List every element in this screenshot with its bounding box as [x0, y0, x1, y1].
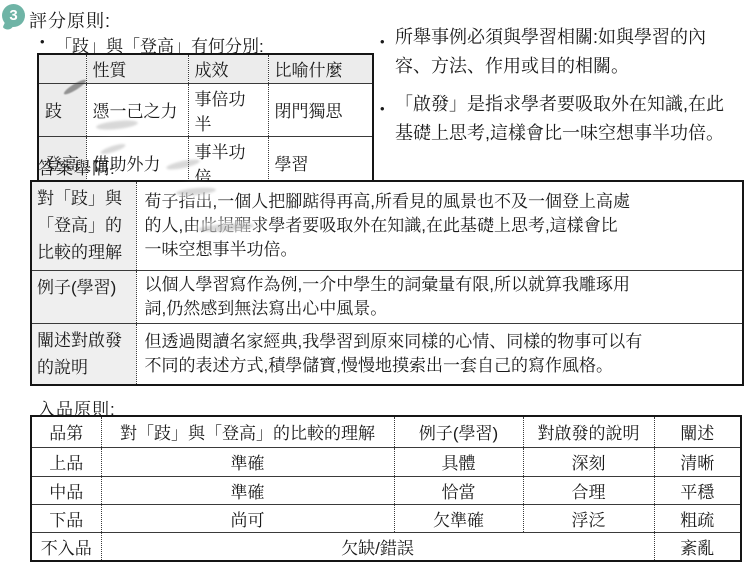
table-row: 下品 尚可 欠準確 浮泛 粗疏	[31, 504, 741, 532]
answer-row-label: 闡述對啟發的說明	[31, 323, 136, 385]
answers-section-title: 答案舉隅:	[38, 154, 116, 179]
note-item: • 所舉事例必須與學習相關:如與學習的內 容、方法、作用或目的相關。	[380, 23, 746, 81]
table-row: 中品 準確 恰當 合理 平穩	[31, 476, 741, 504]
cell-understanding: 準確	[101, 447, 394, 476]
cell-explanation: 合理	[523, 476, 654, 504]
column-header: 闡述	[654, 416, 741, 447]
bullet-icon: •	[40, 32, 55, 49]
bullet-icon: •	[380, 23, 395, 56]
note-text: 所舉事例必須與學習相關:如與學習的內 容、方法、作用或目的相關。	[395, 23, 746, 81]
cell-example: 欠準確	[394, 504, 523, 532]
column-header: 對「跂」與「登高」的比較的理解	[101, 416, 394, 447]
column-header: 品第	[31, 416, 101, 447]
note-item: • 「啟發」是指求學者要吸取外在知識,在此 基礎上思考,這樣會比一味空想事半功倍…	[380, 90, 746, 148]
column-header: 成效	[188, 54, 268, 83]
comparison-header-row: 性質 成效 比喻什麼	[38, 54, 373, 83]
item-number-badge: 3	[2, 4, 25, 27]
column-header: 對啟發的說明	[523, 416, 654, 447]
notes-column: • 所舉事例必須與學習相關:如與學習的內 容、方法、作用或目的相關。 • 「啟發…	[380, 23, 746, 148]
cell-example: 具體	[394, 447, 523, 476]
grade-label: 下品	[31, 504, 101, 532]
grade-label: 不入品	[31, 532, 101, 561]
cell-elaboration: 紊亂	[654, 532, 741, 561]
answer-row-content: 荀子指出,一個人把腳踮得再高,所看見的風景也不及一個登上高處 的人,由此提醒求學…	[136, 181, 743, 270]
document-page: 3 評分原則: • 「跂」與「登高」有何分別: 性質 成效 比喻什麼 跂 憑一己…	[0, 0, 750, 569]
answer-examples-table: 對「跂」與「登高」的比較的理解 荀子指出,一個人把腳踮得再高,所看見的風景也不及…	[30, 180, 744, 386]
grading-header-row: 品第 對「跂」與「登高」的比較的理解 例子(學習) 對啟發的說明 闡述	[31, 416, 741, 447]
page-title: 評分原則:	[29, 7, 111, 33]
answer-row-content: 以個人學習寫作為例,一介中學生的詞彙量有限,所以就算我雕琢用 詞,仍然感到無法寫…	[136, 270, 743, 323]
table-row: 對「跂」與「登高」的比較的理解 荀子指出,一個人把腳踮得再高,所看見的風景也不及…	[31, 181, 743, 270]
corner-cell	[38, 54, 86, 83]
row-label: 跂	[38, 83, 86, 136]
cell-elaboration: 清晰	[654, 447, 741, 476]
cell-explanation: 浮泛	[523, 504, 654, 532]
cell-nature: 憑一己之力	[86, 83, 188, 136]
grade-label: 上品	[31, 447, 101, 476]
cell-understanding: 尚可	[101, 504, 394, 532]
answer-row-label: 對「跂」與「登高」的比較的理解	[31, 181, 136, 270]
cell-example: 恰當	[394, 476, 523, 504]
table-row-fail: 不入品 欠缺/錯誤 紊亂	[31, 532, 741, 561]
bullet-icon: •	[380, 90, 395, 123]
grade-label: 中品	[31, 476, 101, 504]
cell-explanation: 深刻	[523, 447, 654, 476]
cell-understanding: 準確	[101, 476, 394, 504]
table-row: 例子(學習) 以個人學習寫作為例,一介中學生的詞彙量有限,所以就算我雕琢用 詞,…	[31, 270, 743, 323]
note-text: 「啟發」是指求學者要吸取外在知識,在此 基礎上思考,這樣會比一味空想事半功倍。	[395, 90, 746, 148]
column-header: 性質	[86, 54, 188, 83]
cell-elaboration: 平穩	[654, 476, 741, 504]
column-header: 例子(學習)	[394, 416, 523, 447]
table-row: 闡述對啟發的說明 但透過閱讀名家經典,我學習到原來同樣的心情、同樣的物事可以有 …	[31, 323, 743, 385]
cell-elaboration: 粗疏	[654, 504, 741, 532]
answer-row-content: 但透過閱讀名家經典,我學習到原來同樣的心情、同樣的物事可以有 不同的表述方式,積…	[136, 323, 743, 385]
grading-table: 品第 對「跂」與「登高」的比較的理解 例子(學習) 對啟發的說明 闡述 上品 準…	[30, 415, 742, 562]
table-row: 跂 憑一己之力 事倍功半 閉門獨思	[38, 83, 373, 136]
cell-metaphor: 閉門獨思	[268, 83, 373, 136]
cell-merged-fail: 欠缺/錯誤	[101, 532, 654, 561]
table-row: 上品 準確 具體 深刻 清晰	[31, 447, 741, 476]
column-header: 比喻什麼	[268, 54, 373, 83]
item-number: 3	[9, 7, 17, 24]
answer-row-label: 例子(學習)	[31, 270, 136, 323]
cell-effect: 事倍功半	[188, 83, 268, 136]
